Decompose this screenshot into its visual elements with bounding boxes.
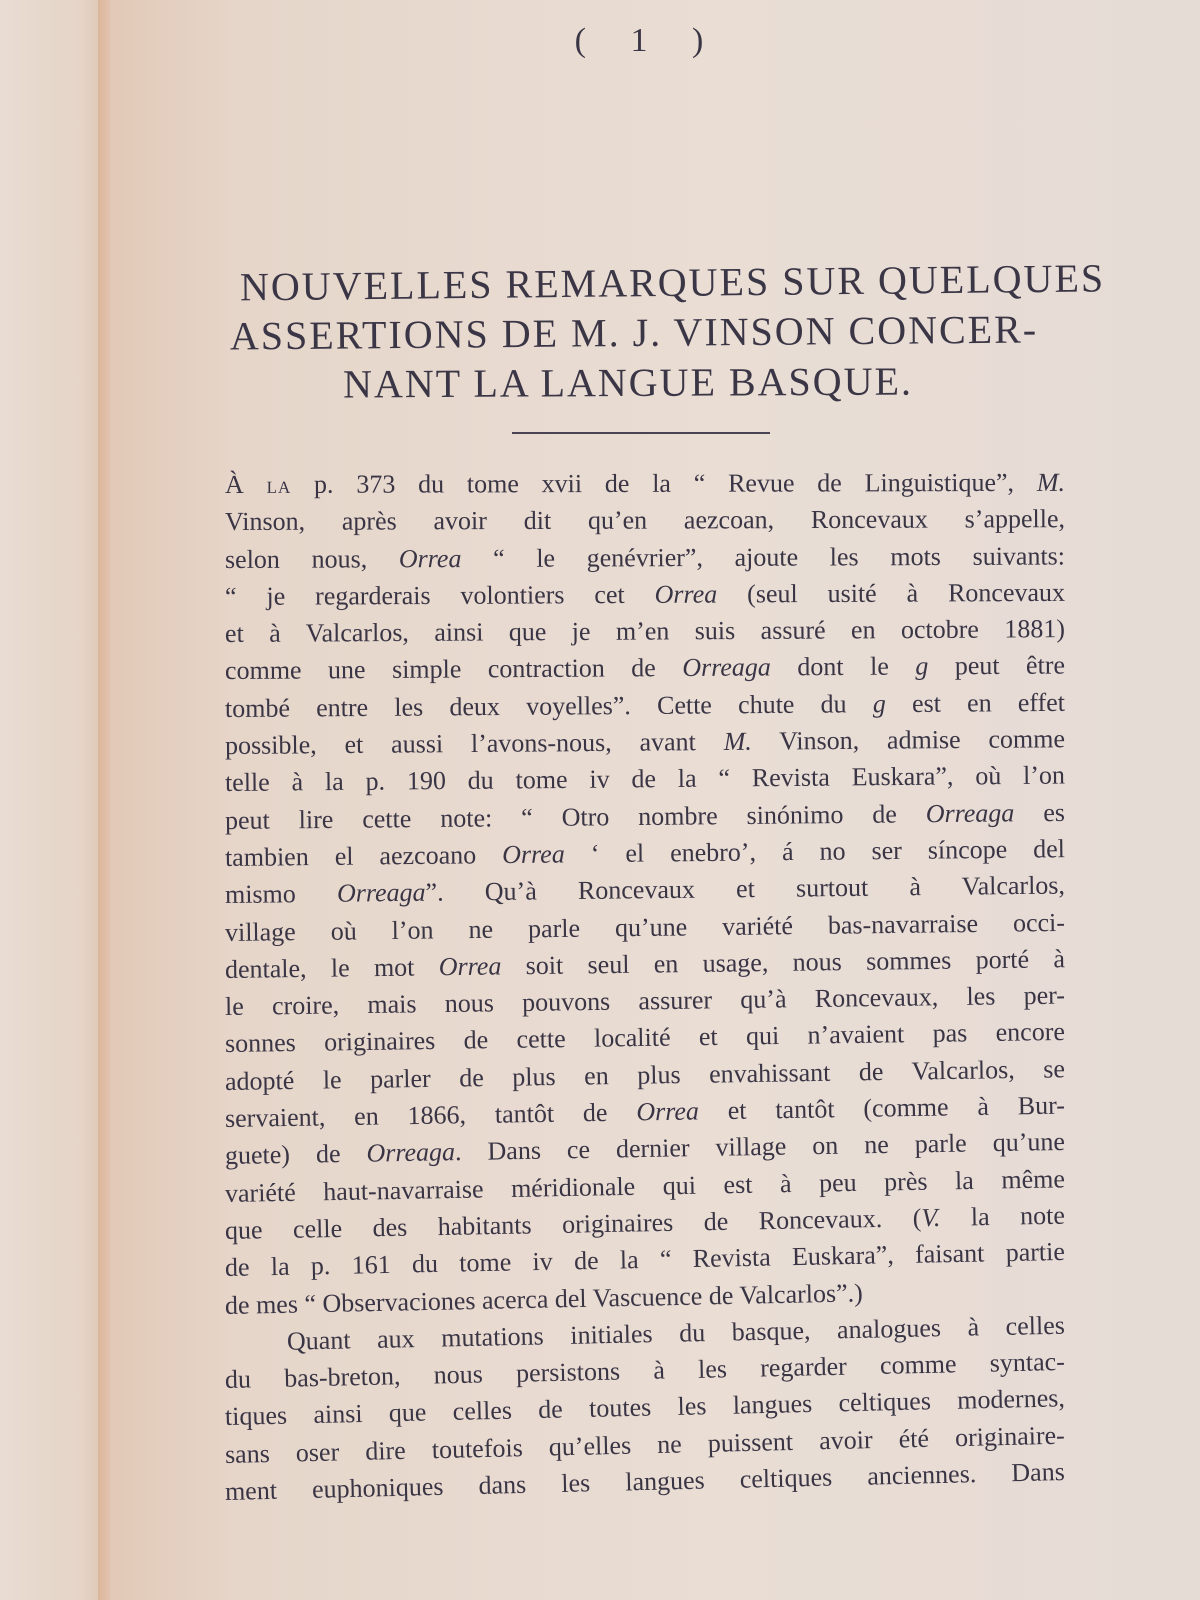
body-line: selon nous, Orrea “ le genévrier”, ajout… [225,537,1065,578]
title-line-3: NANT LA LANGUE BASQUE. [176,356,1080,411]
body-line: et à Valcarlos, ainsi que je m’en suis a… [225,610,1065,652]
page-number: ( 1 ) [0,22,1200,60]
body-text: À LA p. 373 du tome xvii de la “ Revue d… [225,466,1065,1510]
body-line: Vinson, après avoir dit qu’en aezcoan, R… [225,500,1065,540]
article-title: NOUVELLES REMARQUES SUR QUELQUES ASSERTI… [200,258,1080,408]
title-divider [512,432,770,434]
body-line: comme une simple contraction de Orreaga … [225,647,1065,690]
body-line: À LA p. 373 du tome xvii de la “ Revue d… [225,464,1065,503]
title-line-2: ASSERTIONS DE M. J. VINSON CONCER- [188,304,1080,362]
body-line: “ je regarderais volontiers cet Orrea (s… [225,574,1065,615]
title-line-1: NOUVELLES REMARQUES SUR QUELQUES [240,254,1080,313]
left-page-edge [0,0,102,1600]
